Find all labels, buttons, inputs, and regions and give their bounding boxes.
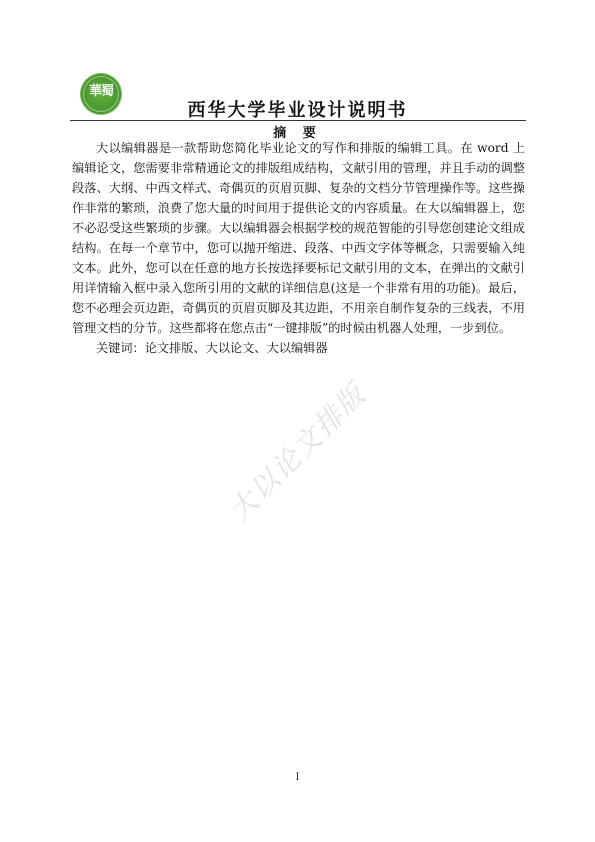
document-page: 華蜀 西华大学毕业设计说明书 摘 要 大以编辑器是一款帮助您简化毕业论文的写作和… (0, 0, 595, 842)
page-number: I (0, 772, 595, 783)
abstract-paragraph: 大以编辑器是一款帮助您简化毕业论文的写作和排版的编辑工具。在 word 上编辑论… (72, 138, 525, 338)
watermark: 大以论文排版 (219, 367, 382, 530)
header-title: 西华大学毕业设计说明书 (0, 96, 595, 122)
header-divider (70, 120, 526, 121)
keywords-line: 关键词：论文排版、大以论文、大以编辑器 (96, 338, 328, 358)
